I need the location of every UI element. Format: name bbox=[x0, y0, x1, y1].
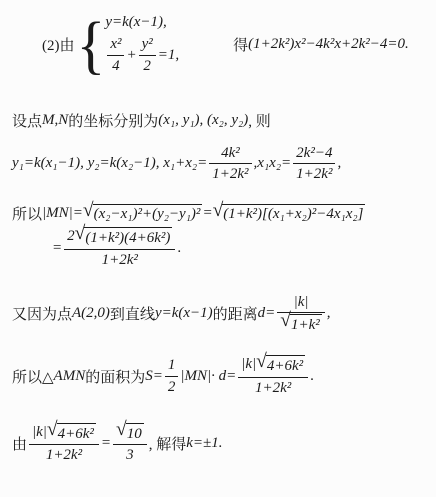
radical-icon: √ bbox=[116, 421, 127, 440]
then-label: , 则 bbox=[248, 110, 271, 131]
equals-sign: = bbox=[52, 240, 62, 257]
abs-k: |k| bbox=[32, 423, 47, 442]
fraction-numerator: 2 √ (1+k²)(4+6k²) bbox=[64, 227, 175, 249]
fraction-sqrt10-over-3: √ 10 3 bbox=[113, 423, 147, 466]
math-solution-document: (2)由 { y=k(x−1), x² 4 + y² 2 =1, 得 (1+2k… bbox=[0, 0, 436, 465]
coordinates: (x₁, y₁), (x₂, y₂) bbox=[158, 112, 248, 129]
mn-dot-d: |MN|· d= bbox=[180, 368, 236, 385]
radicand: 1+k² bbox=[290, 314, 322, 335]
comma: , bbox=[327, 305, 331, 322]
fraction-denominator: 2 bbox=[139, 55, 156, 76]
area-text: 的面积为 bbox=[85, 366, 145, 387]
therefore-triangle-text: 所以△ bbox=[12, 366, 54, 387]
fraction-mn-value: 2 √ (1+k²)(4+6k²) 1+2k² bbox=[64, 227, 175, 270]
setup-text: 的坐标分别为 bbox=[68, 110, 158, 131]
fraction-area-expression: |k| √ 4+6k² 1+2k² bbox=[29, 423, 99, 466]
fraction-one-half: 1 2 bbox=[165, 356, 179, 397]
sqrt-denominator: √ 1+k² bbox=[280, 314, 321, 335]
radical-icon: √ bbox=[256, 353, 267, 372]
fraction-denominator: 1+2k² bbox=[209, 163, 251, 184]
fraction-y2-over-2: y² 2 bbox=[139, 35, 156, 76]
sqrt-factored-form: √ (1+k²)[(x₁+x₂)²−4x₁x₂] bbox=[213, 204, 366, 223]
fraction-x2-over-4: x² 4 bbox=[107, 35, 124, 76]
abs-k: |k| bbox=[241, 355, 256, 374]
sqrt-ten: √ 10 bbox=[116, 423, 144, 444]
period: . bbox=[310, 368, 314, 385]
triangle-area-line: 所以△ AMN 的面积为 S= 1 2 |MN|· d= |k| √ 4+6k²… bbox=[12, 355, 430, 398]
fraction-numerator: 1 bbox=[165, 356, 179, 376]
comma: , bbox=[337, 155, 341, 172]
to-line-text: 到直线 bbox=[110, 303, 155, 324]
fraction-denominator: 1+2k² bbox=[29, 444, 99, 465]
sqrt-numerator: √ 4+6k² bbox=[47, 423, 96, 444]
fraction-distance: |k| √ 1+k² bbox=[277, 293, 324, 336]
radical-icon: √ bbox=[280, 312, 291, 331]
vieta-formulas-line: y₁=k(x₁−1), y₂=k(x₂−1), x₁+x₂= 4k² 1+2k²… bbox=[12, 144, 430, 185]
fraction-numerator: |k| √ 4+6k² bbox=[238, 355, 308, 377]
radical-icon: √ bbox=[75, 225, 86, 244]
fraction-numerator: 2k²−4 bbox=[293, 144, 335, 164]
radicand: 4+6k² bbox=[57, 423, 96, 444]
fraction-area-value: |k| √ 4+6k² 1+2k² bbox=[238, 355, 308, 398]
fraction-denominator: 2 bbox=[165, 376, 179, 397]
step-label: (2)由 bbox=[42, 34, 75, 55]
triangle-amn: AMN bbox=[54, 368, 86, 385]
radical-icon: √ bbox=[47, 421, 58, 440]
radical-icon: √ bbox=[213, 202, 224, 221]
fraction-denominator: √ 1+k² bbox=[277, 312, 324, 335]
equals-one: =1, bbox=[158, 47, 179, 64]
point-a: A(2,0) bbox=[72, 305, 110, 322]
line-equation: y=k(x−1), bbox=[105, 14, 166, 31]
radicand: (x₂−x₁)²+(y₂−y₁)² bbox=[93, 204, 203, 223]
mn-distance-simplified-line: = 2 √ (1+k²)(4+6k²) 1+2k² . bbox=[52, 227, 430, 270]
fraction-numerator: x² bbox=[107, 35, 124, 55]
substitution-step-line: (2)由 { y=k(x−1), x² 4 + y² 2 =1, 得 (1+2k… bbox=[42, 14, 430, 76]
d-equals: d= bbox=[258, 305, 276, 322]
fraction-numerator: |k| √ 4+6k² bbox=[29, 423, 99, 445]
fraction-sum-roots: 4k² 1+2k² bbox=[209, 144, 251, 185]
fraction-denominator: 1+2k² bbox=[64, 249, 175, 270]
fraction-numerator: y² bbox=[139, 35, 156, 55]
equals-sign: = bbox=[202, 205, 212, 222]
solve-k-line: 由 |k| √ 4+6k² 1+2k² = √ 10 3 , 解得 k=±1. bbox=[12, 423, 430, 466]
ellipse-equation: x² 4 + y² 2 =1, bbox=[105, 35, 179, 76]
sqrt-numerator: √ (1+k²)(4+6k²) bbox=[75, 227, 173, 248]
distance-text: 的距离 bbox=[213, 303, 258, 324]
therefore-label: 所以 bbox=[12, 203, 42, 224]
fraction-numerator: √ 10 bbox=[113, 423, 147, 445]
solve-text: , 解得 bbox=[149, 433, 187, 454]
left-brace-icon: { bbox=[77, 12, 106, 77]
mn-lhs: |MN|= bbox=[42, 205, 83, 222]
fraction-denominator: 3 bbox=[113, 444, 147, 465]
point-line-distance-line: 又因为点 A(2,0) 到直线 y=k(x−1) 的距离 d= |k| √ 1+… bbox=[12, 293, 430, 336]
fraction-numerator: 4k² bbox=[218, 144, 243, 164]
radicand: (1+k²)(4+6k²) bbox=[84, 227, 172, 248]
k-result: k=±1. bbox=[186, 435, 222, 452]
sqrt-distance-formula: √ (x₂−x₁)²+(y₂−y₁)² bbox=[83, 204, 203, 223]
points-setup-line: 设点 M , N 的坐标分别为 (x₁, y₁), (x₂, y₂) , 则 bbox=[12, 110, 430, 131]
setup-text: 设点 bbox=[12, 110, 42, 131]
point-n: N bbox=[58, 112, 68, 129]
radicand: 4+6k² bbox=[266, 355, 305, 376]
equation-system-stack: y=k(x−1), x² 4 + y² 2 =1, bbox=[105, 14, 179, 76]
fraction-product-roots: 2k²−4 1+2k² bbox=[293, 144, 335, 185]
y-values: y₁=k(x₁−1), y₂=k(x₂−1), x₁+x₂= bbox=[12, 155, 207, 172]
s-equals: S= bbox=[145, 368, 163, 385]
sqrt-numerator: √ 4+6k² bbox=[256, 355, 305, 376]
point-m: M bbox=[42, 112, 55, 129]
fraction-denominator: 1+2k² bbox=[293, 163, 335, 184]
coefficient-two: 2 bbox=[67, 227, 75, 246]
fraction-denominator: 4 bbox=[107, 55, 124, 76]
period: . bbox=[177, 240, 181, 257]
plus-sign: + bbox=[126, 47, 136, 64]
obtain-label: 得 bbox=[233, 34, 248, 55]
quadratic-result: (1+2k²)x²−4k²x+2k²−4=0. bbox=[248, 36, 409, 53]
from-label: 由 bbox=[12, 433, 27, 454]
radical-icon: √ bbox=[83, 202, 94, 221]
product-roots-lhs: x₁x₂= bbox=[257, 155, 291, 172]
equals-sign: = bbox=[101, 435, 111, 452]
mn-distance-line: 所以 |MN|= √ (x₂−x₁)²+(y₂−y₁)² = √ (1+k²)[… bbox=[12, 203, 430, 224]
fraction-numerator: |k| bbox=[291, 293, 312, 313]
radicand: 10 bbox=[126, 423, 144, 444]
radicand: (1+k²)[(x₁+x₂)²−4x₁x₂] bbox=[222, 204, 365, 223]
line-equation: y=k(x−1) bbox=[155, 305, 213, 322]
because-text: 又因为点 bbox=[12, 303, 72, 324]
fraction-denominator: 1+2k² bbox=[238, 377, 308, 398]
